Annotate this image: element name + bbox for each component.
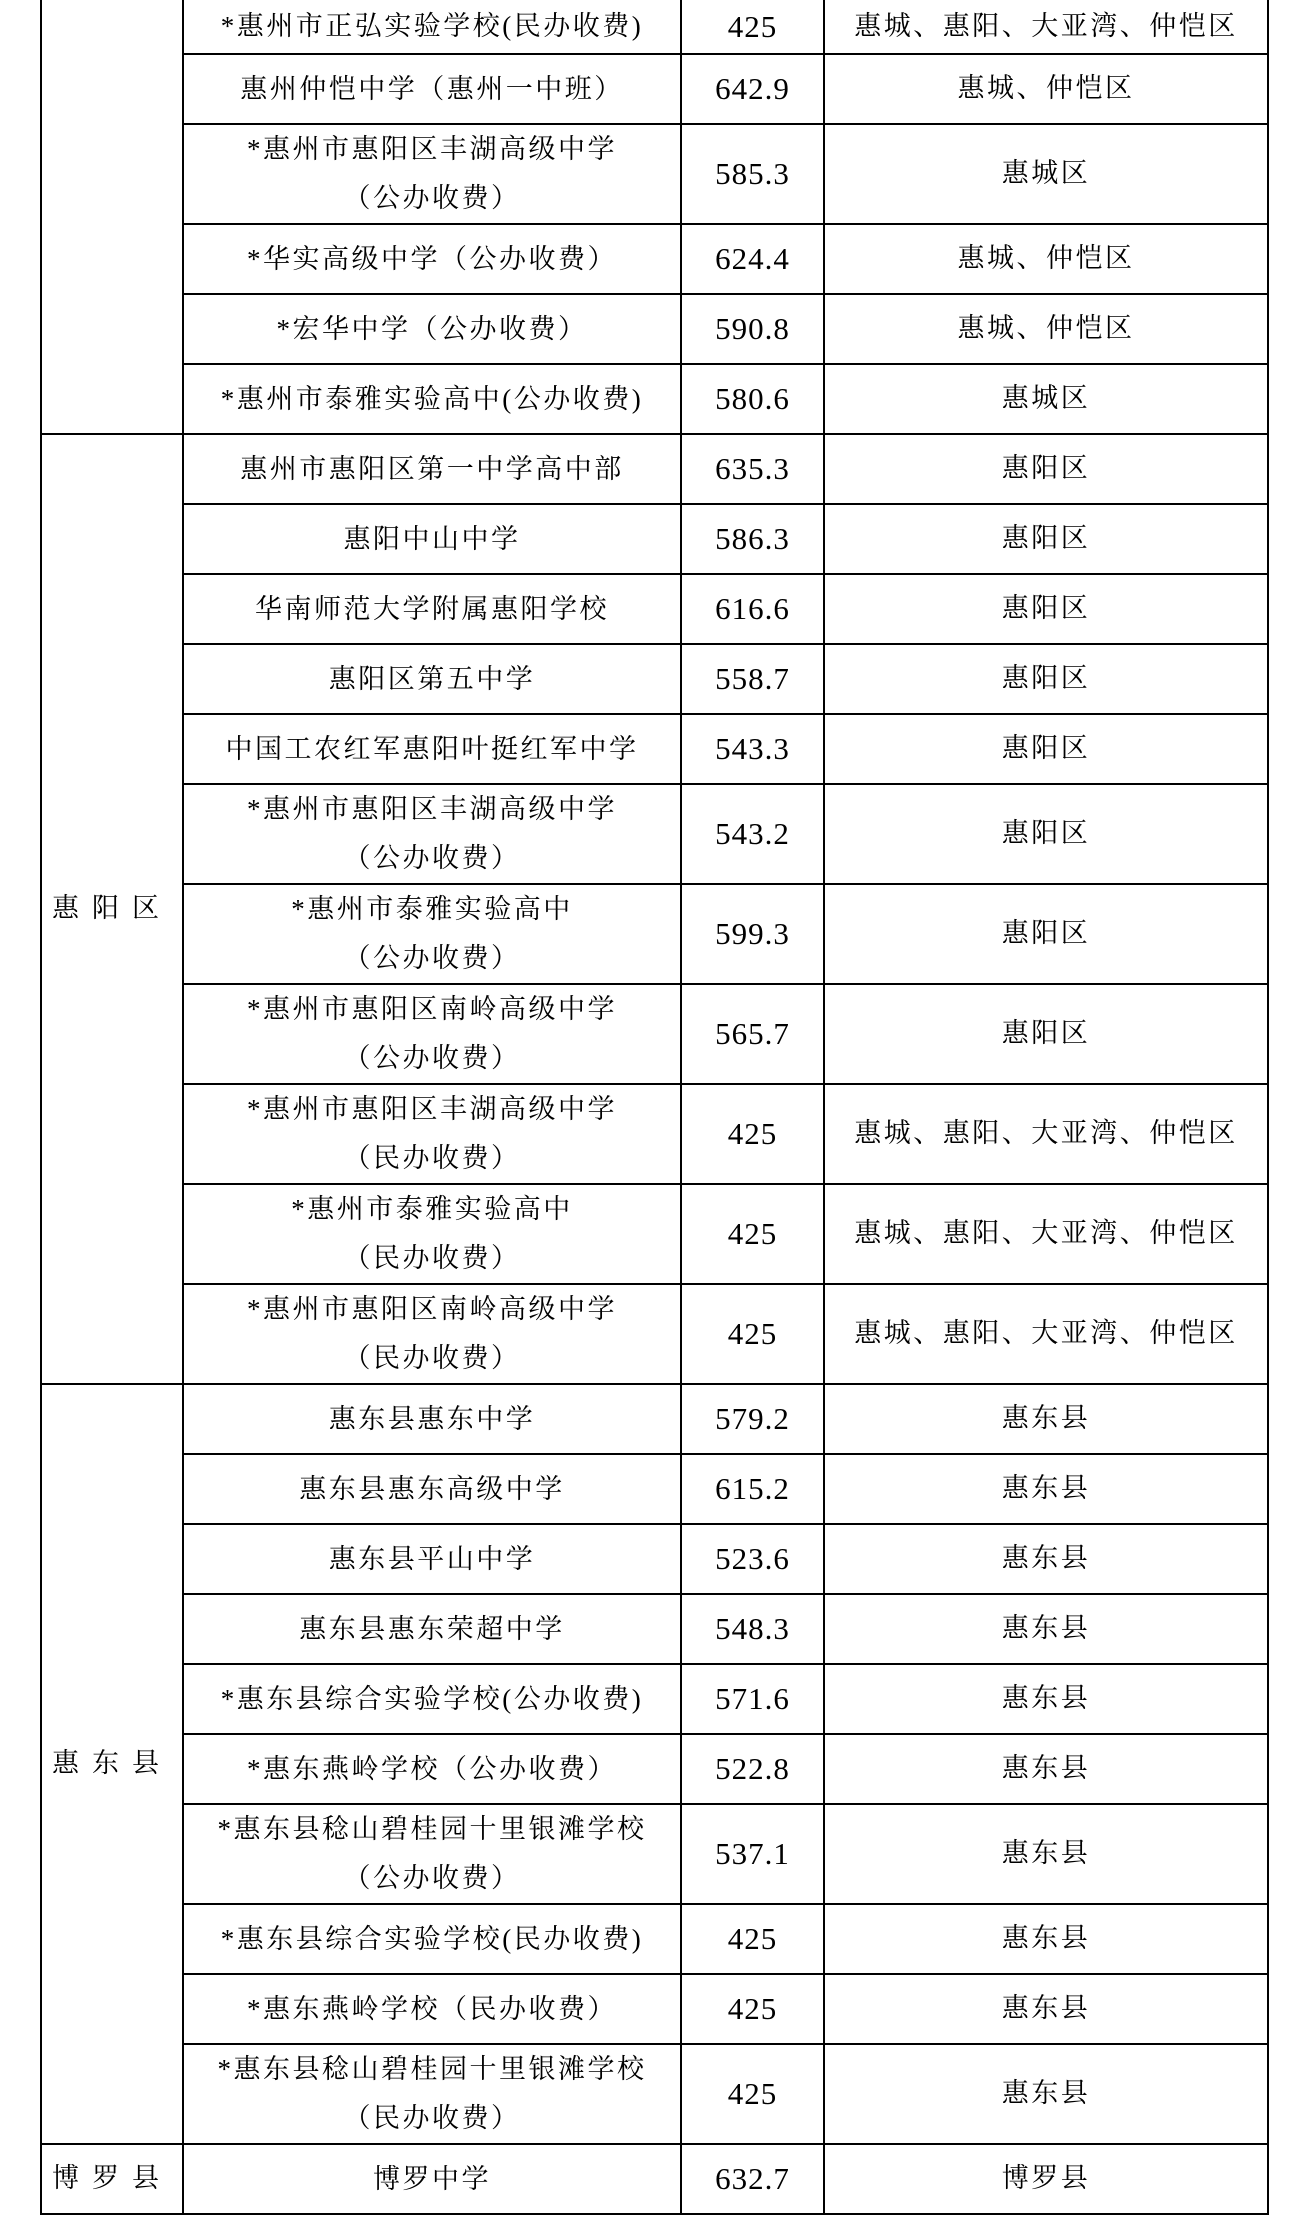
score-cell: 586.3	[681, 504, 824, 574]
table-row: 惠阳中山中学586.3惠阳区	[41, 504, 1268, 574]
region-cell: 惠城区	[824, 124, 1268, 224]
region-cell: 惠东县	[824, 1664, 1268, 1734]
table-row: 惠东县平山中学523.6惠东县	[41, 1524, 1268, 1594]
school-cell: *惠东县稔山碧桂园十里银滩学校 （民办收费）	[183, 2044, 681, 2144]
region-cell: 惠城、惠阳、大亚湾、仲恺区	[824, 1284, 1268, 1384]
score-cell: 558.7	[681, 644, 824, 714]
school-cell: *惠州市惠阳区丰湖高级中学 （公办收费）	[183, 784, 681, 884]
school-cell: 惠州仲恺中学（惠州一中班）	[183, 54, 681, 124]
region-cell: 惠阳区	[824, 504, 1268, 574]
score-cell: 425	[681, 1904, 824, 1974]
score-cell: 590.8	[681, 294, 824, 364]
region-cell: 惠城、仲恺区	[824, 294, 1268, 364]
region-cell: 惠城、惠阳、大亚湾、仲恺区	[824, 1184, 1268, 1284]
table-row: 惠州仲恺中学（惠州一中班）642.9惠城、仲恺区	[41, 54, 1268, 124]
score-cell: 624.4	[681, 224, 824, 294]
region-cell: 惠东县	[824, 1454, 1268, 1524]
score-cell: 522.8	[681, 1734, 824, 1804]
school-cell: *惠州市泰雅实验高中(公办收费)	[183, 364, 681, 434]
region-cell: 惠阳区	[824, 884, 1268, 984]
score-cell: 642.9	[681, 54, 824, 124]
school-cell: 惠阳中山中学	[183, 504, 681, 574]
region-cell: 惠城、惠阳、大亚湾、仲恺区	[824, 1084, 1268, 1184]
region-cell: 惠东县	[824, 1804, 1268, 1904]
school-cell: 华南师范大学附属惠阳学校	[183, 574, 681, 644]
school-cell: *惠东县稔山碧桂园十里银滩学校 （公办收费）	[183, 1804, 681, 1904]
score-cell: 580.6	[681, 364, 824, 434]
table-row: *惠州市惠阳区丰湖高级中学 （公办收费）543.2惠阳区	[41, 784, 1268, 884]
score-cell: 571.6	[681, 1664, 824, 1734]
score-cell: 599.3	[681, 884, 824, 984]
school-cell: 惠东县惠东中学	[183, 1384, 681, 1454]
table-row: *惠州市正弘实验学校(民办收费)425惠城、惠阳、大亚湾、仲恺区	[41, 0, 1268, 54]
school-cell: 惠州市惠阳区第一中学高中部	[183, 434, 681, 504]
school-cell: 博罗中学	[183, 2144, 681, 2214]
region-cell: 惠阳区	[824, 714, 1268, 784]
table-row: *惠东县综合实验学校(民办收费)425惠东县	[41, 1904, 1268, 1974]
score-cell: 425	[681, 0, 824, 54]
score-cell: 425	[681, 1284, 824, 1384]
admission-score-table-body: *惠州市正弘实验学校(民办收费)425惠城、惠阳、大亚湾、仲恺区惠州仲恺中学（惠…	[41, 0, 1268, 2214]
district-cell: 惠东县	[41, 1384, 183, 2144]
table-row: *惠东燕岭学校（公办收费）522.8惠东县	[41, 1734, 1268, 1804]
table-row: 惠东县惠东荣超中学548.3惠东县	[41, 1594, 1268, 1664]
school-cell: *惠州市惠阳区丰湖高级中学 （公办收费）	[183, 124, 681, 224]
document-page: *惠州市正弘实验学校(民办收费)425惠城、惠阳、大亚湾、仲恺区惠州仲恺中学（惠…	[0, 0, 1315, 2230]
school-cell: *惠州市惠阳区南岭高级中学 （民办收费）	[183, 1284, 681, 1384]
region-cell: 惠东县	[824, 2044, 1268, 2144]
school-cell: 惠阳区第五中学	[183, 644, 681, 714]
school-cell: *惠东燕岭学校（民办收费）	[183, 1974, 681, 2044]
table-row: *惠州市泰雅实验高中 （公办收费）599.3惠阳区	[41, 884, 1268, 984]
table-row: *惠东县综合实验学校(公办收费)571.6惠东县	[41, 1664, 1268, 1734]
region-cell: 博罗县	[824, 2144, 1268, 2214]
region-cell: 惠东县	[824, 1384, 1268, 1454]
score-cell: 537.1	[681, 1804, 824, 1904]
school-cell: *华实高级中学（公办收费）	[183, 224, 681, 294]
district-cell: 惠阳区	[41, 434, 183, 1384]
table-row: *华实高级中学（公办收费）624.4惠城、仲恺区	[41, 224, 1268, 294]
table-row: 惠东县惠东县惠东中学579.2惠东县	[41, 1384, 1268, 1454]
score-cell: 543.2	[681, 784, 824, 884]
school-cell: 惠东县平山中学	[183, 1524, 681, 1594]
region-cell: 惠城、仲恺区	[824, 224, 1268, 294]
region-cell: 惠阳区	[824, 984, 1268, 1084]
region-cell: 惠城、惠阳、大亚湾、仲恺区	[824, 0, 1268, 54]
table-row: *惠东县稔山碧桂园十里银滩学校 （民办收费）425惠东县	[41, 2044, 1268, 2144]
table-row: 惠东县惠东高级中学615.2惠东县	[41, 1454, 1268, 1524]
table-row: *惠州市泰雅实验高中(公办收费)580.6惠城区	[41, 364, 1268, 434]
table-row: 博罗县博罗中学632.7博罗县	[41, 2144, 1268, 2214]
table-row: *惠州市惠阳区南岭高级中学 （公办收费）565.7惠阳区	[41, 984, 1268, 1084]
region-cell: 惠阳区	[824, 434, 1268, 504]
table-row: *宏华中学（公办收费）590.8惠城、仲恺区	[41, 294, 1268, 364]
region-cell: 惠东县	[824, 1904, 1268, 1974]
table-row: 中国工农红军惠阳叶挺红军中学543.3惠阳区	[41, 714, 1268, 784]
school-cell: *惠州市惠阳区丰湖高级中学 （民办收费）	[183, 1084, 681, 1184]
district-cell: 博罗县	[41, 2144, 183, 2214]
school-cell: *惠州市泰雅实验高中 （公办收费）	[183, 884, 681, 984]
table-row: 华南师范大学附属惠阳学校616.6惠阳区	[41, 574, 1268, 644]
table-row: 惠阳区惠州市惠阳区第一中学高中部635.3惠阳区	[41, 434, 1268, 504]
region-cell: 惠东县	[824, 1974, 1268, 2044]
score-cell: 616.6	[681, 574, 824, 644]
score-cell: 425	[681, 1974, 824, 2044]
score-cell: 425	[681, 1084, 824, 1184]
school-cell: *惠州市正弘实验学校(民办收费)	[183, 0, 681, 54]
school-cell: *惠东燕岭学校（公办收费）	[183, 1734, 681, 1804]
district-cell	[41, 0, 183, 434]
school-cell: 惠东县惠东高级中学	[183, 1454, 681, 1524]
score-cell: 548.3	[681, 1594, 824, 1664]
score-cell: 585.3	[681, 124, 824, 224]
table-row: *惠东燕岭学校（民办收费）425惠东县	[41, 1974, 1268, 2044]
region-cell: 惠阳区	[824, 784, 1268, 884]
region-cell: 惠阳区	[824, 644, 1268, 714]
school-cell: *惠东县综合实验学校(公办收费)	[183, 1664, 681, 1734]
score-cell: 565.7	[681, 984, 824, 1084]
table-row: 惠阳区第五中学558.7惠阳区	[41, 644, 1268, 714]
school-cell: *宏华中学（公办收费）	[183, 294, 681, 364]
school-cell: *惠州市惠阳区南岭高级中学 （公办收费）	[183, 984, 681, 1084]
score-cell: 425	[681, 1184, 824, 1284]
region-cell: 惠东县	[824, 1594, 1268, 1664]
table-row: *惠州市惠阳区丰湖高级中学 （民办收费）425惠城、惠阳、大亚湾、仲恺区	[41, 1084, 1268, 1184]
region-cell: 惠城区	[824, 364, 1268, 434]
table-row: *惠东县稔山碧桂园十里银滩学校 （公办收费）537.1惠东县	[41, 1804, 1268, 1904]
table-row: *惠州市泰雅实验高中 （民办收费）425惠城、惠阳、大亚湾、仲恺区	[41, 1184, 1268, 1284]
score-cell: 635.3	[681, 434, 824, 504]
table-row: *惠州市惠阳区南岭高级中学 （民办收费）425惠城、惠阳、大亚湾、仲恺区	[41, 1284, 1268, 1384]
score-cell: 579.2	[681, 1384, 824, 1454]
score-cell: 615.2	[681, 1454, 824, 1524]
region-cell: 惠东县	[824, 1524, 1268, 1594]
school-cell: *惠东县综合实验学校(民办收费)	[183, 1904, 681, 1974]
score-cell: 632.7	[681, 2144, 824, 2214]
region-cell: 惠城、仲恺区	[824, 54, 1268, 124]
score-cell: 425	[681, 2044, 824, 2144]
score-cell: 523.6	[681, 1524, 824, 1594]
school-cell: 惠东县惠东荣超中学	[183, 1594, 681, 1664]
admission-score-table: *惠州市正弘实验学校(民办收费)425惠城、惠阳、大亚湾、仲恺区惠州仲恺中学（惠…	[40, 0, 1269, 2215]
school-cell: 中国工农红军惠阳叶挺红军中学	[183, 714, 681, 784]
table-row: *惠州市惠阳区丰湖高级中学 （公办收费）585.3惠城区	[41, 124, 1268, 224]
region-cell: 惠东县	[824, 1734, 1268, 1804]
score-cell: 543.3	[681, 714, 824, 784]
school-cell: *惠州市泰雅实验高中 （民办收费）	[183, 1184, 681, 1284]
region-cell: 惠阳区	[824, 574, 1268, 644]
